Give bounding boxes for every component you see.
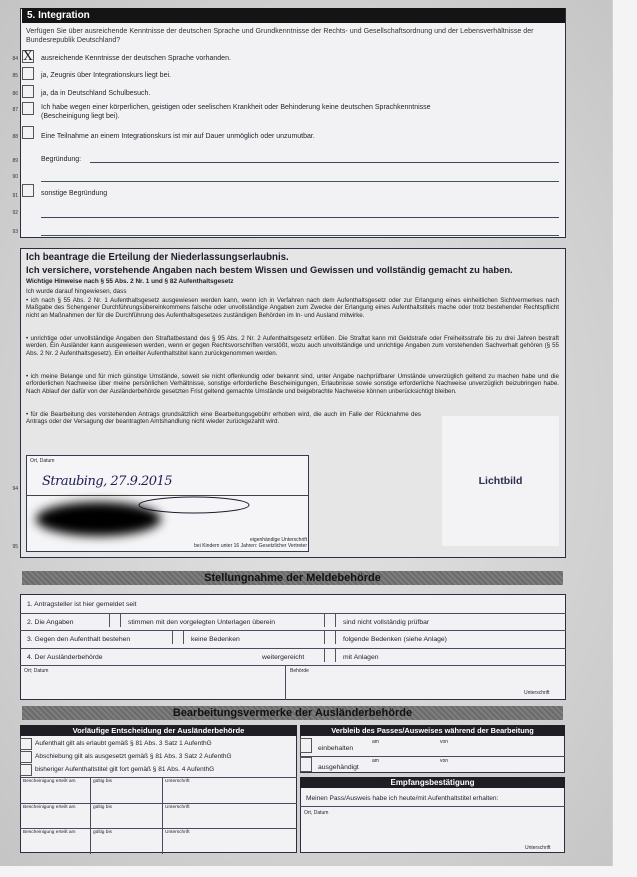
option-label: Aufenthalt gilt als erlaubt gemäß § 81 A…	[35, 740, 212, 748]
row-divider	[20, 828, 297, 829]
receipt-text: Meinen Pass/Ausweis habe ich heute/mit A…	[306, 795, 498, 803]
page-margin-bottom	[0, 866, 637, 877]
signature-guardian-label: bei Kindern unter 16 Jahren: Gesetzliche…	[194, 543, 307, 549]
empfangsbestaetigung-title: Empfangsbestätigung	[300, 777, 565, 788]
checkbox-sonstige-begruendung[interactable]	[22, 184, 34, 197]
hint-bullet: • unrichtige oder unvollständige Angaben…	[26, 335, 559, 357]
line-number: 90	[6, 174, 18, 180]
valid-until-field[interactable]: gültig bis	[93, 779, 112, 785]
option-label: stimmen mit den vorgelegten Unterlagen ü…	[128, 619, 275, 627]
column-divider	[90, 803, 91, 829]
pass-verbleib-title: Verbleib des Passes/Ausweises während de…	[300, 725, 565, 736]
option-label: folgende Bedenken (siehe Anlage)	[343, 636, 447, 644]
meldebehoerde-title: Stellungnahme der Meldebehörde	[22, 571, 563, 585]
hint-bullet: • ich meine Belange und für mich günstig…	[26, 373, 559, 395]
option-label: ausgehändigt	[318, 764, 359, 772]
sonstige-input-line-2[interactable]	[41, 235, 559, 236]
row-divider	[20, 777, 297, 778]
signature-field[interactable]: Unterschrift	[165, 779, 190, 785]
column-divider	[162, 777, 163, 803]
line-number: 84	[6, 56, 18, 62]
declaration-assurance: Ich versichere, vorstehende Angaben nach…	[26, 264, 513, 276]
column-divider	[90, 828, 91, 854]
row-divider	[20, 648, 566, 649]
behoerde-field[interactable]: Behörde	[290, 668, 309, 674]
cert-issued-field[interactable]: Bescheinigung erteilt am	[23, 805, 76, 811]
meldebehoerde-section	[20, 594, 566, 700]
von-field[interactable]: von	[440, 739, 448, 745]
ort-datum-field[interactable]: Ort; Datum	[24, 668, 48, 674]
column-divider	[162, 803, 163, 829]
line-number: 86	[6, 91, 18, 97]
place-date-label: Ort, Datum	[30, 458, 54, 464]
row-divider	[300, 806, 565, 807]
option-label: Abschiebung gilt als ausgesetzt gemäß § …	[35, 753, 232, 761]
checkbox-zeugnis-integrationskurs[interactable]	[22, 67, 34, 80]
declaration-subtitle: Wichtige Hinweise nach § 55 Abs. 2 Nr. 1…	[26, 278, 234, 286]
row-divider	[300, 756, 565, 757]
checkbox-krankheit-behinderung[interactable]	[22, 102, 34, 115]
row-divider	[20, 803, 297, 804]
option-label: Eine Teilnahme an einem Integrationskurs…	[41, 132, 315, 141]
option-label: ausreichende Kenntnisse der deutschen Sp…	[41, 54, 231, 63]
checkbox-aufenthalt-erlaubt[interactable]	[20, 738, 32, 750]
am-field[interactable]: am	[372, 739, 379, 745]
checkbox-schulbesuch[interactable]	[22, 85, 34, 98]
aufenthalt-label: 3. Gegen den Aufenthalt bestehen	[27, 636, 130, 644]
line-number: 93	[6, 229, 18, 235]
checkbox-mit-anlagen[interactable]	[324, 649, 336, 662]
registered-since-label[interactable]: 1. Antragsteller ist hier gemeldet seit	[27, 601, 137, 609]
declaration-title: Ich beantrage die Erteilung der Niederla…	[26, 252, 289, 264]
option-label: einbehalten	[318, 745, 353, 753]
option-label: keine Bedenken	[191, 636, 240, 644]
check-mark-icon: X	[23, 49, 32, 64]
sonstige-input-line[interactable]	[41, 217, 559, 218]
declaration-intro: Ich wurde darauf hingewiesen, dass	[26, 288, 126, 296]
line-number: 88	[6, 134, 18, 140]
signature-field[interactable]: Unterschrift	[165, 830, 190, 836]
checkbox-sprache-vorhanden[interactable]: X	[22, 50, 34, 63]
place-date-value[interactable]: Straubing, 27.9.2015	[42, 474, 172, 489]
checkbox-integrationskurs-unzumutbar[interactable]	[22, 126, 34, 139]
line-number: 92	[6, 210, 18, 216]
page-margin-right	[612, 0, 637, 877]
hint-bullet: • ich nach § 55 Abs. 2 Nr. 1 Aufenthalts…	[26, 297, 559, 319]
column-divider	[285, 665, 286, 700]
line-number: 89	[6, 158, 18, 164]
checkbox-keine-bedenken[interactable]	[172, 631, 184, 644]
signature-field[interactable]: Unterschrift	[165, 805, 190, 811]
option-label: sonstige Begründung	[41, 189, 107, 198]
redacted-signature	[36, 502, 161, 536]
photo-placeholder[interactable]: Lichtbild	[442, 416, 559, 546]
option-label: ja, da in Deutschland Schulbesuch.	[41, 89, 150, 98]
cert-issued-field[interactable]: Bescheinigung erteilt am	[23, 779, 76, 785]
column-divider	[162, 828, 163, 854]
option-label: mit Anlagen	[343, 654, 379, 662]
option-label: sind nicht vollständig prüfbar	[343, 619, 429, 627]
checkbox-angaben-stimmen[interactable]	[109, 614, 121, 627]
unterschrift-label: Unterschrift	[524, 690, 550, 696]
unterschrift-label: Unterschrift	[525, 845, 551, 851]
line-number: 87	[6, 107, 18, 113]
bearbeitung-title: Bearbeitungsvermerke der Ausländerbehörd…	[22, 706, 563, 720]
checkbox-einbehalten[interactable]	[300, 738, 312, 753]
option-label: ja, Zeugnis über Integrationskurs liegt …	[41, 71, 171, 80]
row-divider	[20, 613, 566, 614]
valid-until-field[interactable]: gültig bis	[93, 830, 112, 836]
von-field[interactable]: von	[440, 758, 448, 764]
begruendung-input-line[interactable]	[90, 162, 559, 163]
auslaenderbehoerde-label: 4. Der Ausländerbehörde	[27, 654, 103, 662]
integration-question: Verfügen Sie über ausreichende Kenntniss…	[26, 27, 561, 45]
section-title: 5. Integration	[22, 8, 565, 23]
checkbox-aufenthaltstitel-gilt-fort[interactable]	[20, 764, 32, 776]
hint-bullet: • für die Bearbeitung des vorstehenden A…	[26, 411, 421, 426]
line-number: 95	[6, 544, 18, 550]
begruendung-label: Begründung:	[41, 155, 81, 164]
checkbox-angaben-nicht-pruefbar[interactable]	[324, 614, 336, 627]
row-divider	[20, 665, 566, 666]
valid-until-field[interactable]: gültig bis	[93, 805, 112, 811]
row-divider	[20, 630, 566, 631]
angaben-label: 2. Die Angaben	[27, 619, 73, 627]
option-label-continued: (Bescheinigung liegt bei).	[41, 112, 120, 121]
ort-datum-field[interactable]: Ort, Datum	[304, 810, 328, 816]
weitergereicht-label: weitergereicht	[262, 654, 304, 662]
cert-issued-field[interactable]: Bescheinigung erteilt am	[23, 830, 76, 836]
option-label: Ich habe wegen einer körperlichen, geist…	[41, 103, 431, 112]
line-number: 85	[6, 73, 18, 79]
line-number: 94	[6, 486, 18, 492]
am-field[interactable]: am	[372, 758, 379, 764]
checkbox-ausgehaendigt[interactable]	[300, 757, 312, 772]
option-label: bisheriger Aufenthaltstitel gilt fort ge…	[35, 766, 214, 774]
checkbox-folgende-bedenken[interactable]	[324, 631, 336, 644]
empfangsbestaetigung-section	[300, 777, 565, 853]
vorlaeufige-entscheidung-title: Vorläufige Entscheidung der Ausländerbeh…	[20, 725, 297, 736]
begruendung-input-line-2[interactable]	[41, 181, 559, 182]
line-number: 91	[6, 193, 18, 199]
column-divider	[90, 777, 91, 803]
checkbox-abschiebung-ausgesetzt[interactable]	[20, 751, 32, 763]
